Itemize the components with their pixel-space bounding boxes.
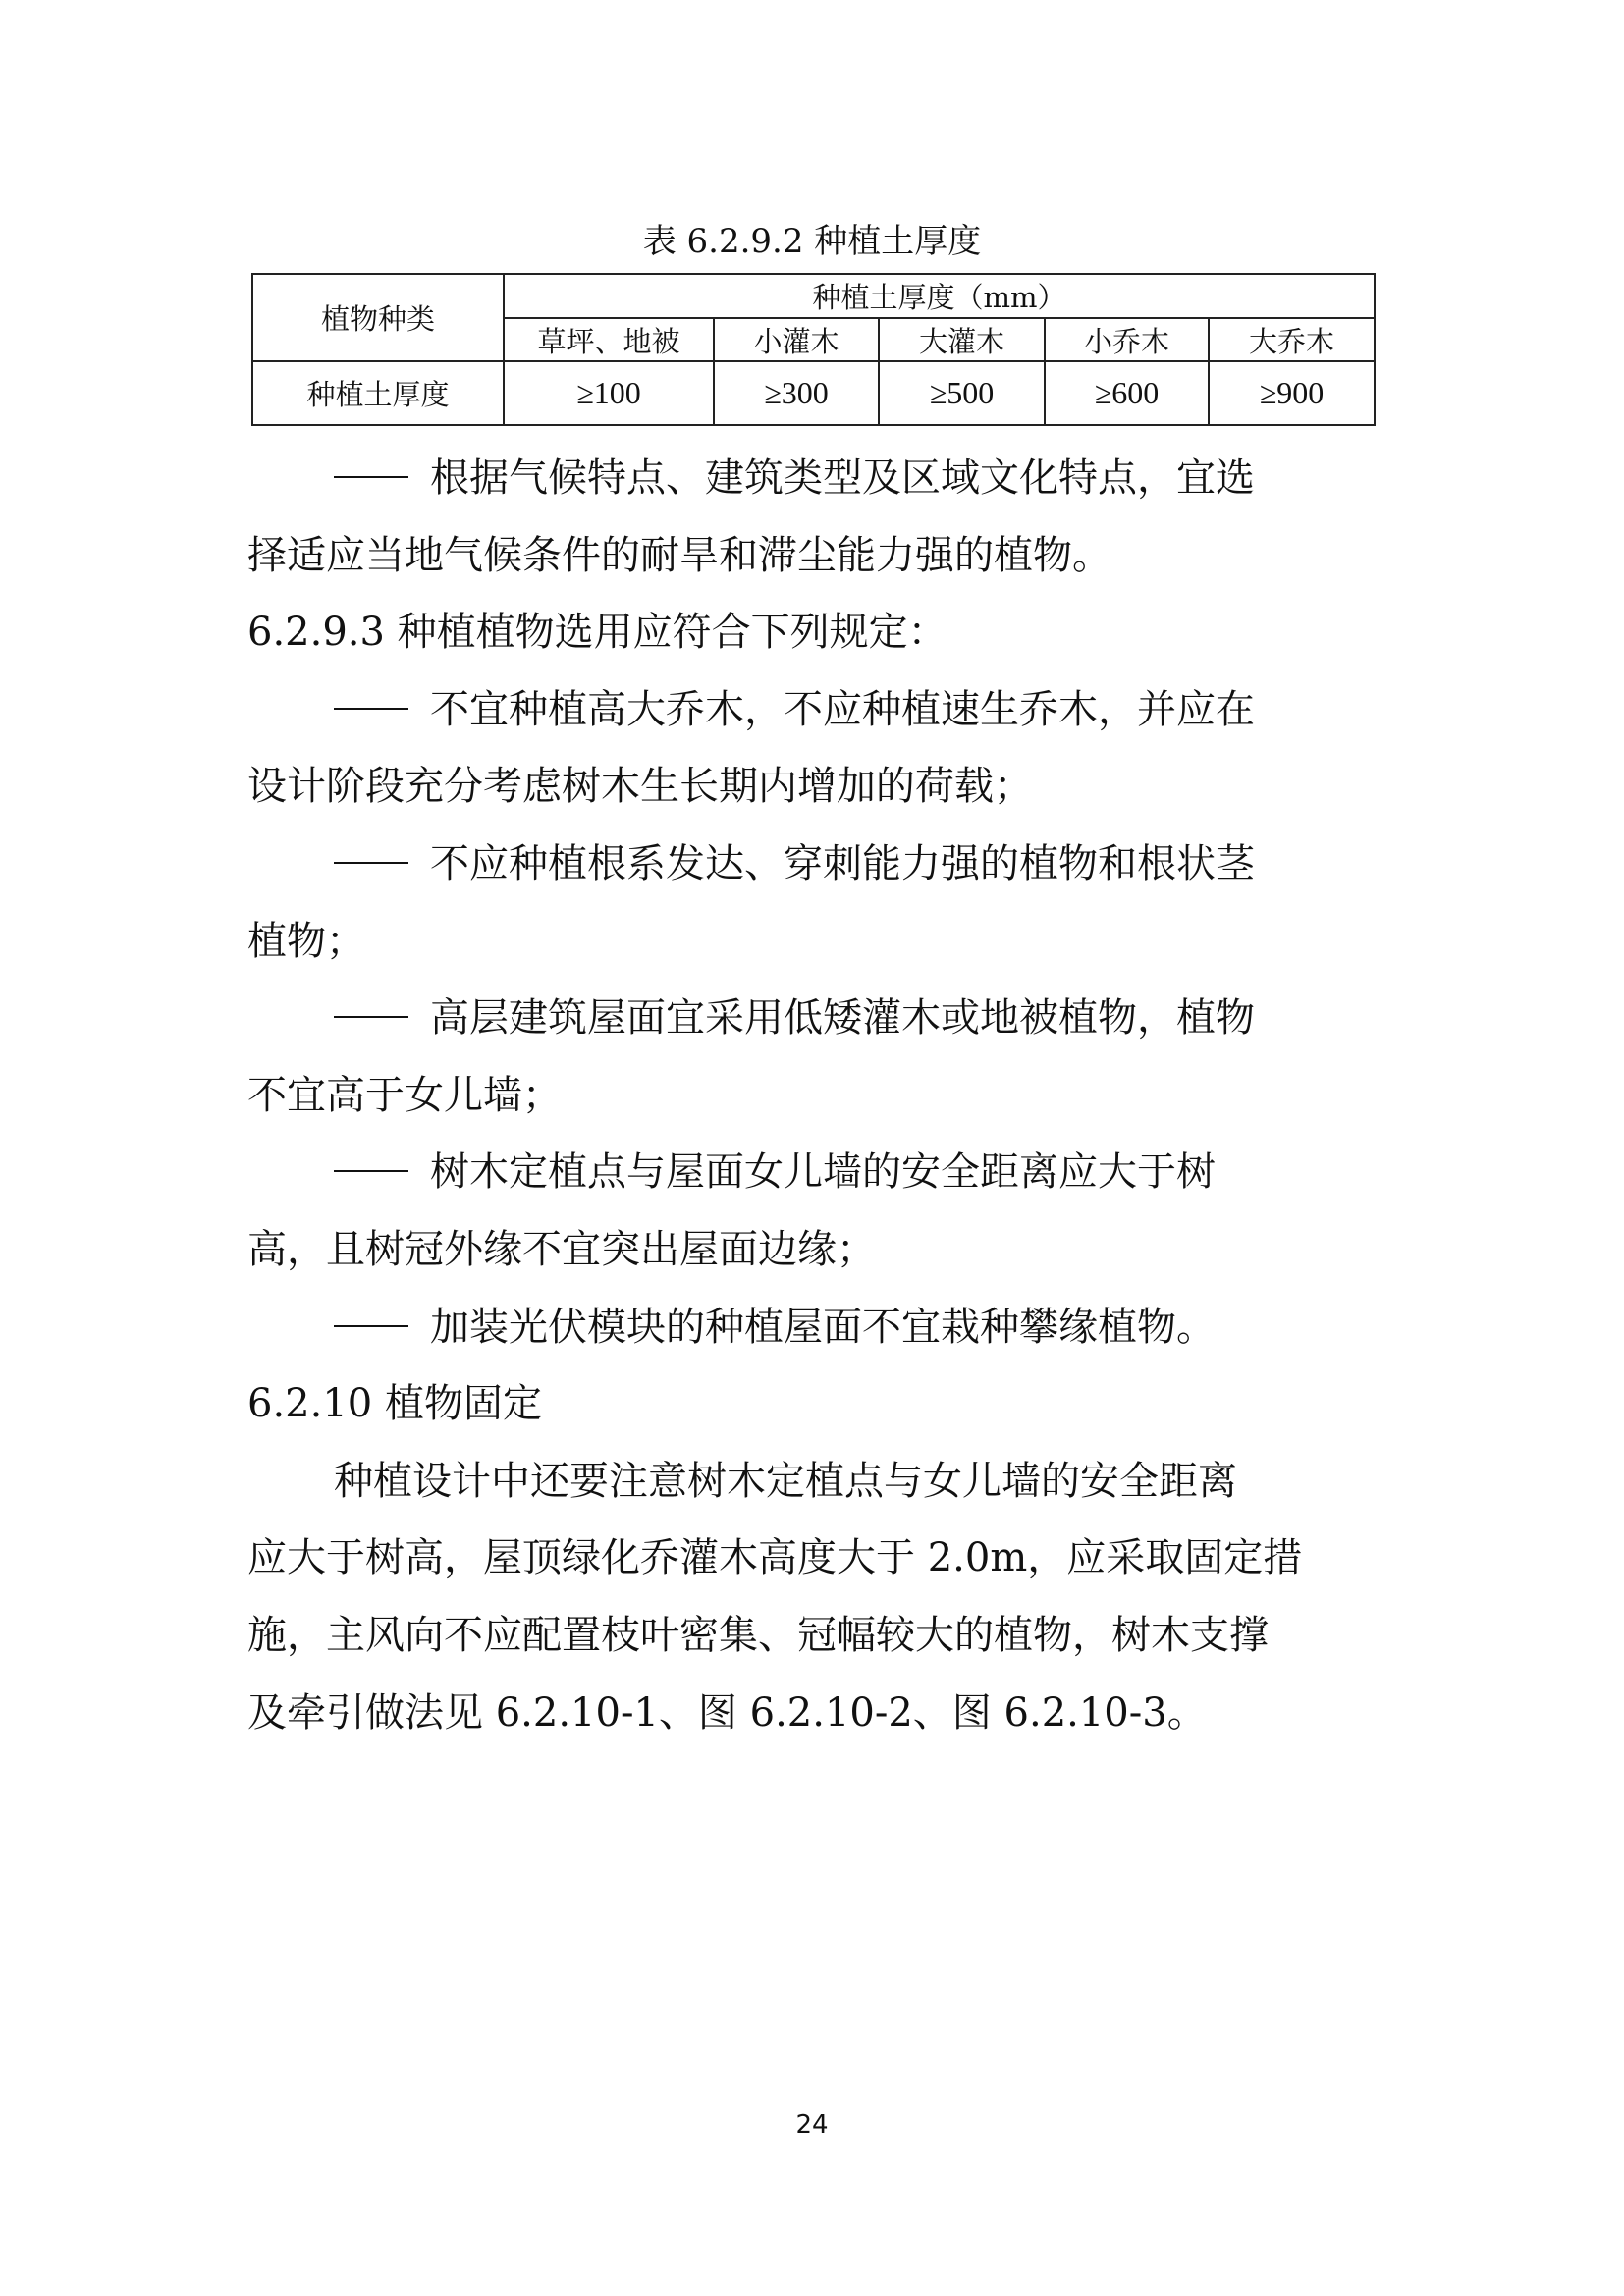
bullet-line: 树木定植点与屋面女儿墙的安全距离应大于树: [247, 1134, 1377, 1211]
bullet-line: 不宜种植高大乔木，不应种植速生乔木，并应在: [247, 671, 1377, 749]
table-cell: ≥900: [1209, 361, 1375, 425]
page-number: 24: [776, 2110, 848, 2140]
table-row: 种植土厚度 ≥100 ≥300 ≥500 ≥600 ≥900: [252, 361, 1375, 425]
text-line: 种植设计中还要注意树木定植点与女儿墙的安全距离: [247, 1443, 1377, 1521]
bullet-line: 根据气候特点、建筑类型及区域文化特点，宜选: [247, 440, 1377, 517]
column-header: 小乔木: [1045, 318, 1209, 361]
column-header: 小灌木: [714, 318, 879, 361]
soil-thickness-table: 植物种类 种植土厚度（mm） 草坪、地被 小灌木 大灌木 小乔木 大乔木 种植土…: [251, 273, 1376, 426]
table-cell: ≥600: [1045, 361, 1209, 425]
text-line: 设计阶段充分考虑树木生长期内增加的荷载；: [247, 748, 1377, 826]
column-header: 大灌木: [879, 318, 1045, 361]
dash-bullet: [334, 476, 408, 478]
bullet-line: 不应种植根系发达、穿刺能力强的植物和根状茎: [247, 826, 1377, 903]
text-line: 施，主风向不应配置枝叶密集、冠幅较大的植物，树木支撑: [247, 1597, 1377, 1675]
dash-bullet: [334, 1170, 408, 1172]
text-line: 高，且树冠外缘不宜突出屋面边缘；: [247, 1211, 1377, 1289]
bullet-line: 高层建筑屋面宜采用低矮灌木或地被植物，植物: [247, 980, 1377, 1057]
table-cell: ≥100: [504, 361, 714, 425]
dash-bullet: [334, 862, 408, 864]
text-line: 择适应当地气候条件的耐旱和滞尘能力强的植物。: [247, 517, 1377, 595]
table-cell: ≥500: [879, 361, 1045, 425]
text-line: 不宜高于女儿墙；: [247, 1057, 1377, 1135]
group-header: 种植土厚度（mm）: [504, 274, 1375, 318]
dash-bullet: [334, 1016, 408, 1018]
text-line: 植物；: [247, 903, 1377, 981]
bullet-line: 加装光伏模块的种植屋面不宜栽种攀缘植物。: [247, 1289, 1377, 1366]
section-heading-6-2-9-3: 6.2.9.3 种植植物选用应符合下列规定：: [247, 594, 1377, 671]
row-header-label: 植物种类: [252, 274, 504, 361]
text-line: 应大于树高，屋顶绿化乔灌木高度大于 2.0m，应采取固定措: [247, 1520, 1377, 1597]
data-row-label: 种植土厚度: [252, 361, 504, 425]
column-header: 草坪、地被: [504, 318, 714, 361]
body-text: 根据气候特点、建筑类型及区域文化特点，宜选 择适应当地气候条件的耐旱和滞尘能力强…: [247, 440, 1377, 1751]
dash-bullet: [334, 708, 408, 710]
document-page: 表 6.2.9.2 种植土厚度 植物种类 种植土厚度（mm） 草坪、地被 小灌木…: [0, 0, 1624, 2296]
column-header: 大乔木: [1209, 318, 1375, 361]
section-heading-6-2-10: 6.2.10 植物固定: [247, 1365, 1377, 1443]
text-line: 及牵引做法见 6.2.10-1、图 6.2.10-2、图 6.2.10-3。: [247, 1675, 1377, 1752]
dash-bullet: [334, 1325, 408, 1327]
table-cell: ≥300: [714, 361, 879, 425]
table-caption: 表 6.2.9.2 种植土厚度: [251, 220, 1373, 263]
